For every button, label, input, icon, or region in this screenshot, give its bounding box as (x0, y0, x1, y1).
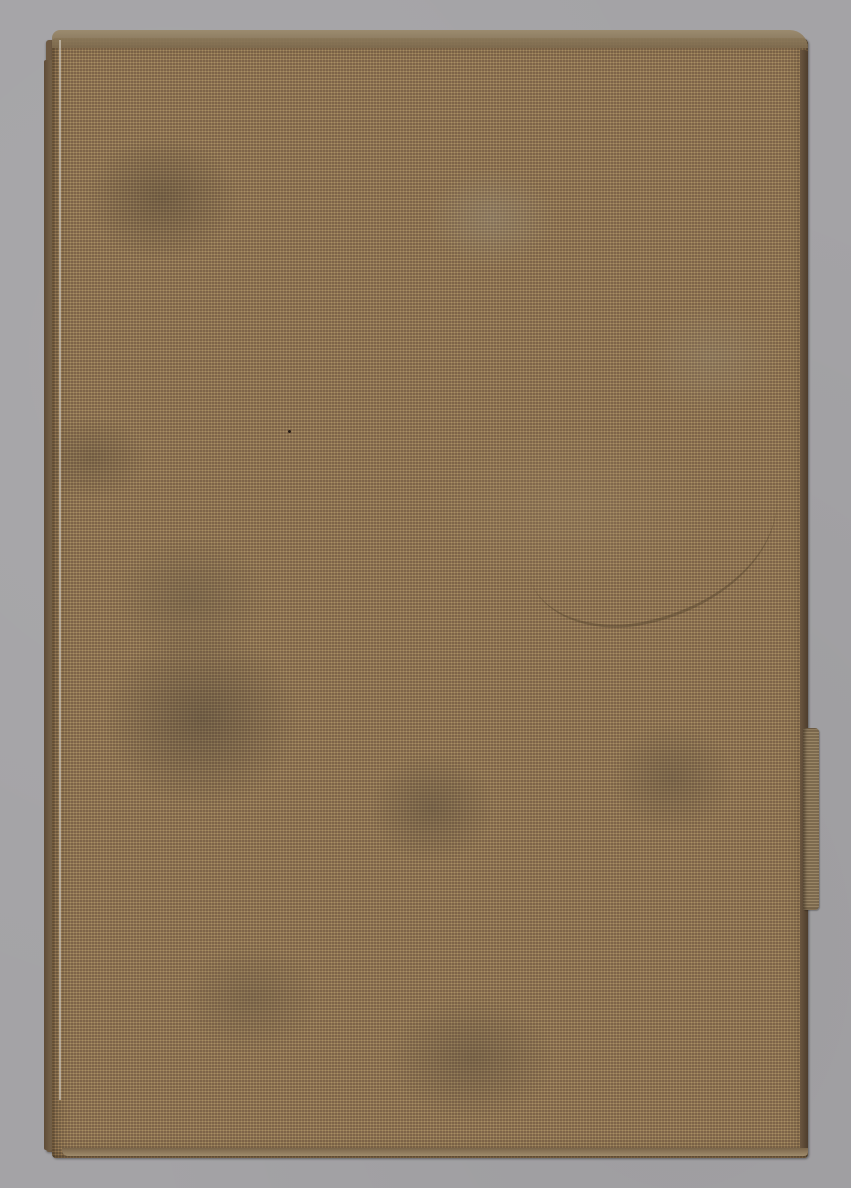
book-cover (52, 38, 808, 1158)
fore-edge (800, 50, 808, 1150)
ink-spot (288, 430, 291, 433)
cloth-tab (803, 728, 819, 910)
page-edges (59, 40, 61, 1100)
bottom-edge (62, 1148, 808, 1156)
frayed-top-edge (52, 30, 808, 48)
photo-background (0, 0, 851, 1188)
